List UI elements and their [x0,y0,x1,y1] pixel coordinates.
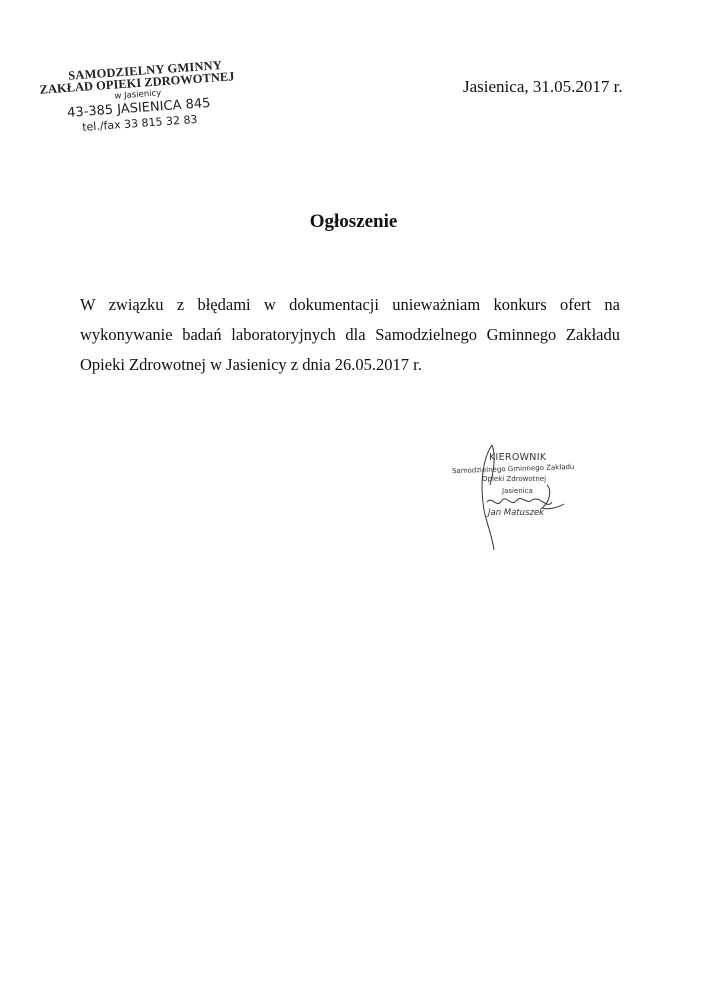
signature-name: Jan Matuszek [488,508,544,518]
document-body: W związku z błędami w dokumentacji uniew… [80,290,620,380]
document-date: Jasienica, 31.05.2017 r. [463,77,623,97]
signature-stamp: KIEROWNIK Samodzielnego Gminnego Zakładu… [452,440,622,560]
signature-role: KIEROWNIK [489,452,546,463]
institution-stamp: SAMODZIELNY GMINNY ZAKŁAD OPIEKI ZDROWOT… [36,58,240,137]
signature-org-line-2: Opieki Zdrowotnej [482,475,546,483]
document-title: Ogłoszenie [0,211,707,233]
body-paragraph: W związku z błędami w dokumentacji uniew… [80,290,620,380]
signature-org-line-3: Jasienica [502,487,533,495]
